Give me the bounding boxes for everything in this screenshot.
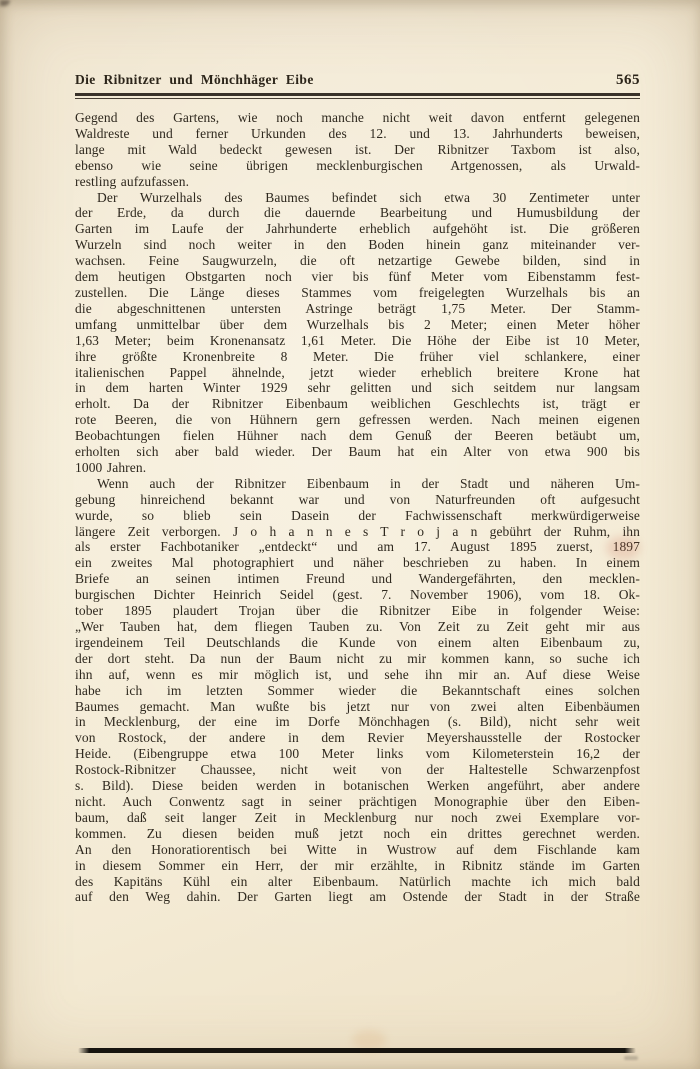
- text-line: nicht. Auch Conwentz sagt in seiner präc…: [75, 794, 640, 810]
- text-line: der dort steht. Da nun der Baum nicht zu…: [75, 651, 640, 667]
- text-block: Gegend des Gartens, wie noch manche nich…: [75, 110, 640, 905]
- text-line: restling aufzufassen.: [75, 174, 640, 190]
- text-line: Briefe an seinen intimen Freund und Wand…: [75, 571, 640, 587]
- paragraph: Der Wurzelhals des Baumes befindet sich …: [75, 190, 640, 476]
- text-line: in Mecklenburg, der eine im Dorfe Mönchh…: [75, 714, 640, 730]
- text-line: Heide. (Eibengruppe etwa 100 Meter links…: [75, 746, 640, 762]
- text-line: „Wer Tauben hat, dem fliegen Tauben zu. …: [75, 619, 640, 635]
- rule-thin-line: [75, 98, 640, 99]
- text-line: ein zweites Mal photographiert und näher…: [75, 555, 640, 571]
- text-line: Beobachtungen fielen Hühner nach dem Gen…: [75, 428, 640, 444]
- text-line: lange mit Wald bedeckt gewesen ist. Der …: [75, 142, 640, 158]
- text-line: 1000 Jahren.: [75, 460, 640, 476]
- text-line: burgischen Dichter Heinrich Seidel (gest…: [75, 587, 640, 603]
- text-line: Der Wurzelhals des Baumes befindet sich …: [75, 190, 640, 206]
- text-line: ihre größte Kronenbreite 8 Meter. Die fr…: [75, 349, 640, 365]
- paper-stain: [352, 1030, 386, 1050]
- text-line: tober 1895 plaudert Trojan über die Ribn…: [75, 603, 640, 619]
- text-line: in diesem Sommer ein Herr, der mir erzäh…: [75, 858, 640, 874]
- text-line: längere Zeit verborgen. J o h a n n e s …: [75, 524, 640, 540]
- text-line: des Kapitäns Kühl ein alter Eibenbaum. N…: [75, 874, 640, 890]
- text-line: Baumes gemacht. Man wußte bis jetzt nur …: [75, 699, 640, 715]
- text-line: der Erde, da durch die dauernde Bearbeit…: [75, 205, 640, 221]
- scan-shadow-line: [78, 1048, 636, 1053]
- text-line: die abgeschnittenen untersten Astringe b…: [75, 301, 640, 317]
- text-line: wurde, so blieb sein Dasein der Fachwiss…: [75, 508, 640, 524]
- book-page: Die Ribnitzer und Mönchhäger Eibe 565 Ge…: [0, 0, 700, 1069]
- text-line: gebung hinreichend bekannt war und von N…: [75, 492, 640, 508]
- text-line: in dem harten Winter 1929 sehr gelitten …: [75, 380, 640, 396]
- text-line: baum, daß seit langer Zeit in Mecklenbur…: [75, 810, 640, 826]
- text-line: Gegend des Gartens, wie noch manche nich…: [75, 110, 640, 126]
- text-line: An den Honoratiorentisch bei Witte in Wu…: [75, 842, 640, 858]
- running-head-title: Die Ribnitzer und Mönchhäger Eibe: [75, 72, 314, 88]
- text-line: Wenn auch der Ribnitzer Eibenbaum in der…: [75, 476, 640, 492]
- text-line: 1,63 Meter; beim Kronenansatz 1,61 Meter…: [75, 333, 640, 349]
- text-line: erholten sich aber bald wieder. Der Baum…: [75, 444, 640, 460]
- text-line: erholt. Da der Ribnitzer Eibenbaum weibl…: [75, 396, 640, 412]
- corner-speck: [0, 0, 10, 6]
- text-line: ebenso wie seine übrigen mecklenburgisch…: [75, 158, 640, 174]
- paper-speck: [624, 1056, 638, 1060]
- text-line: Waldreste und ferner Urkunden des 12. un…: [75, 126, 640, 142]
- text-line: Rostock-Ribnitzer Chaussee, nicht weit v…: [75, 762, 640, 778]
- paragraph: Wenn auch der Ribnitzer Eibenbaum in der…: [75, 476, 640, 905]
- page-number: 565: [616, 72, 640, 89]
- text-line: umfang unmittelbar über dem Wurzelhals b…: [75, 317, 640, 333]
- text-line: auf den Weg dahin. Der Garten liegt am O…: [75, 889, 640, 905]
- page-header: Die Ribnitzer und Mönchhäger Eibe 565: [75, 72, 640, 89]
- text-line: rote Beeren, die von Hühnern gern gefres…: [75, 412, 640, 428]
- text-line: Wurzeln sind noch weiter in den Boden hi…: [75, 237, 640, 253]
- text-line: ihn auf, wenn es mir möglich ist, und se…: [75, 667, 640, 683]
- text-line: von Rostock, der andere in dem Revier Me…: [75, 730, 640, 746]
- text-line: irgendeinem Teil Deutschlands die Kunde …: [75, 635, 640, 651]
- text-line: als erster Fachbotaniker „entdeckt“ und …: [75, 539, 640, 555]
- paragraph: Gegend des Gartens, wie noch manche nich…: [75, 110, 640, 190]
- header-double-rule: [75, 93, 640, 99]
- text-line: kommen. Zu diesen beiden muß jetzt noch …: [75, 826, 640, 842]
- text-line: Garten im Laufe der Jahrhunderte erhebli…: [75, 221, 640, 237]
- text-line: wachsen. Feine Saugwurzeln, die oft netz…: [75, 253, 640, 269]
- text-line: dem heutigen Obstgarten noch vier bis fü…: [75, 269, 640, 285]
- text-line: s. Bild). Diese beiden werden in botanis…: [75, 778, 640, 794]
- text-line: zustellen. Die Länge dieses Stammes vom …: [75, 285, 640, 301]
- text-line: italienischen Pappel ähnelnde, jetzt wie…: [75, 365, 640, 381]
- text-line: habe ich im letzten Sommer wieder die Be…: [75, 683, 640, 699]
